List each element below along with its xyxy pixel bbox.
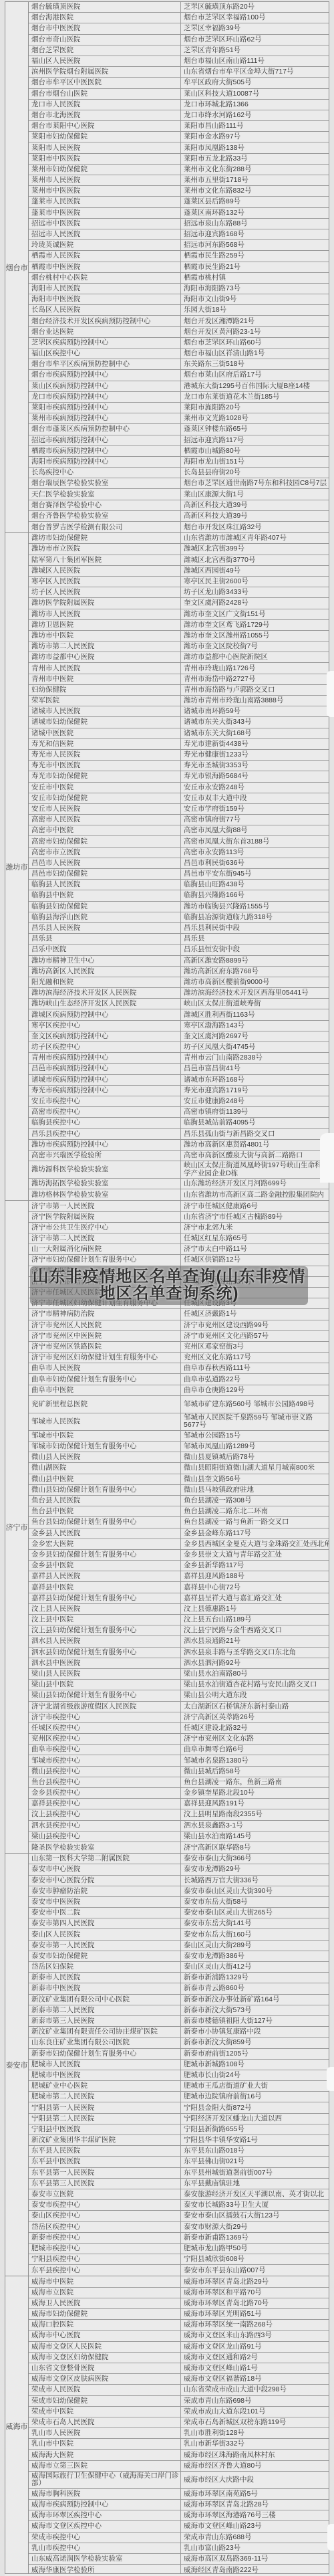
table-row: 微山县疾控中心微山县城后路58号 xyxy=(29,1767,329,1777)
address-cell: 坊子区凤凰大街4745号 xyxy=(181,1042,329,1052)
table-row: 昌乐县疾控中心昌乐县孤山街与新昌路交叉口 xyxy=(29,1129,329,1140)
table-row: 荣军医院潍坊市青州市玲珑山南路3888号 xyxy=(29,696,329,706)
table-row: 任城区疾控中心任城区建设北路32号 xyxy=(29,1723,329,1734)
hospital-name-cell: 曲阜市妇幼保健计划生育服务中心 xyxy=(29,1374,181,1384)
hospital-name-cell: 兖矿新里程总医院 xyxy=(29,1396,181,1413)
address-cell: 寒亭区民主街2600号 xyxy=(181,577,329,587)
table-row: 邹城市人民医院邹城市人民医院千泉路59号 邹城市崇义路5677号 xyxy=(29,1413,329,1431)
table-row: 肥城市中医医院肥城市长山街24号 xyxy=(29,2070,329,2081)
hospital-name-cell: 济宁市兖州区人民医院 xyxy=(29,1320,181,1330)
table-row: 荣成市妇幼保健院荣成市青山东路698号 xyxy=(29,2396,329,2407)
address-cell: 龙口市绛水河路162号 xyxy=(181,110,329,120)
address-cell: 曲阜市舞雩台路6号 xyxy=(181,1745,329,1755)
hospital-name-cell: 威海口腔医院 xyxy=(29,2320,181,2330)
table-row: 荣成市中医院荣成市成山大道东段101号 xyxy=(29,2407,329,2417)
hospital-name-cell: 东平县中医医院 xyxy=(29,2157,181,2167)
right-edge-artifact xyxy=(327,2067,334,2091)
hospital-name-cell: 昌乐县疾控中心 xyxy=(29,1129,181,1139)
address-cell: 兖州区文化东路117号 xyxy=(181,1353,329,1363)
hospital-name-cell: 肥城市疾控中心 xyxy=(29,2244,181,2254)
address-cell: 临朐县城站前路4095号 xyxy=(181,1118,329,1128)
address-cell: 曲阜市弘道路22号 xyxy=(181,1374,329,1384)
table-row: 潍坊市精神卫生中心高新区潍安路8899号 xyxy=(29,956,329,967)
watermark: 山东非疫情地区名单查询(山东非疫情 地区名单查询系统) xyxy=(30,1266,308,1305)
hospital-name-cell: 坊子区疾控中心 xyxy=(29,1042,181,1052)
table-row: 高密市兴瑞医学检验所高密市高新区醴泉大街与高新二路路口 xyxy=(29,1151,329,1161)
address-cell: 泰安市东平县东山路007号 xyxy=(181,2265,329,2276)
table-row: 临朐县人民医院临朐县山旺路438号 xyxy=(29,880,329,890)
address-cell: 金乡镇奎星路北段10号 xyxy=(181,1788,329,1798)
hospital-name-cell: 海阳市疾病预防控制中心 xyxy=(29,457,181,467)
hospital-name-cell: 山东第一医科大学第二附属医院 xyxy=(29,1854,181,1864)
address-cell: 东平县州城街道署前街007号 xyxy=(181,2168,329,2178)
table-row: 烟台齐鲁医学检验实验室高新区科技大道39号 xyxy=(29,511,329,522)
table-row: 烟台桃村中心医院栖霞市桃村镇 xyxy=(29,273,329,284)
hospital-name-cell: 寿光市疾病预防控制中心 xyxy=(29,1086,181,1096)
address-cell: 邹城市公园路15号 xyxy=(181,1431,329,1441)
address-cell: 梁山县水泊街道杏花村路与安民山路交叉口 xyxy=(181,1680,329,1690)
address-cell: 莱阳市凤凰路138号 xyxy=(181,142,329,153)
address-cell: 威海市环翠区青岛北路70号 xyxy=(181,2298,329,2308)
table-row: 莱阳市中医医院莱阳市五龙北路33号 xyxy=(29,154,329,165)
hospital-name-cell: 烟台瑞辰医学检验实验室 xyxy=(29,478,181,488)
table-row: 烟台市牟平区疾病预防控制中心东关路东三街518号 xyxy=(29,359,329,370)
address-cell: 乳山市新华街332号 xyxy=(181,2439,329,2449)
hospital-name-cell: 邹城市中医院 xyxy=(29,1431,181,1441)
address-cell: 潍坊市奎文区潍州路1055号 xyxy=(181,631,329,641)
hospital-name-cell: 嘉祥县妇幼保健计划生育服务中心 xyxy=(29,1593,181,1603)
hospital-name-cell: 泗水县妇幼保健计划生育服务中心 xyxy=(29,1648,181,1658)
hospital-name-cell: 兖州区疾控中心 xyxy=(29,1734,181,1744)
hospital-name-cell: 邹城市妇幼保健计划生育服务中心 xyxy=(29,1442,181,1452)
hospital-name-cell: 曲阜市人民医院 xyxy=(29,1363,181,1373)
table-row: 兖矿新里程总医院邹城市矿建东路560号 邹城市公园路498号 xyxy=(29,1396,329,1413)
address-cell: 泰山区灵山大街412号 xyxy=(181,1962,329,1972)
table-row: 鱼台县人民医院鱼台县湖凌一路308号 xyxy=(29,1496,329,1506)
table-row: 潍坊海拓医学检验实验室山东潍坊经济开发区月河路699号 xyxy=(29,1179,329,1189)
hospital-name-cell: 安丘市人民医院 xyxy=(29,804,181,814)
hospital-name-cell: 青州市疾病预防控制中心 xyxy=(29,1053,181,1063)
address-cell: 微山县马坡镇政府驻地 xyxy=(181,1485,329,1495)
table-row: 招远市中医医院招远市泉山东路88号 xyxy=(29,219,329,229)
hospital-name-cell: 潍坊市人民医院 xyxy=(29,609,181,619)
table-row: 寿光市中医医院寿光市圣城街3353号 xyxy=(29,761,329,771)
table-row: 寒亭区疾控中心寒亭区渤海路143号 xyxy=(29,1021,329,1031)
address-cell: 新泰市青云路860号 xyxy=(181,1983,329,1993)
hospital-name-cell: 烟台市牟平区中医医院 xyxy=(29,78,181,88)
address-cell: 威海市环翠区统一南路268号 xyxy=(181,2320,329,2330)
table-row: 高密市市立医院高密市永安路113号 xyxy=(29,848,329,858)
hospital-name-cell: 泗水县疾控中心 xyxy=(29,1821,181,1831)
table-row: 济宁市疾控中心济宁高新区英萃路26号 xyxy=(29,1712,329,1723)
table-row: 山东良庄矿业集团有限公司医院新泰市新汶大街859号 xyxy=(29,2038,329,2048)
address-cell: 肥城市新城路108号 xyxy=(181,2060,329,2070)
table-row: 济宁市公共卫生医疗中心济宁市北郊九米 xyxy=(29,1223,329,1233)
hospital-name-cell: 肥城市中医医院 xyxy=(29,2070,181,2080)
address-cell: 鱼台县湖凌二路东北二环南 xyxy=(181,1506,329,1516)
hospital-name-cell: 东平县第一人民医院 xyxy=(29,2168,181,2178)
address-cell: 泗水县泉丰路与圣华路交叉口东北角 xyxy=(181,1648,329,1658)
address-cell: 高密市镇府街1139号 xyxy=(181,1107,329,1117)
address-cell: 肥城市王瓜店街道矿业大街 xyxy=(181,2081,329,2091)
hospital-name-cell: 潍城区人民医院 xyxy=(29,566,181,576)
address-cell: 蓬莱区钟楼东路65号 xyxy=(181,424,329,434)
address-cell: 邹城市名泉路1380号 xyxy=(181,1755,329,1765)
hospital-name-cell: 山东省文登整骨医院 xyxy=(29,2363,181,2373)
hospital-name-cell: 昌乐中医院 xyxy=(29,945,181,955)
hospital-name-cell: 烟台市蓬莱区疾病预防控制中心 xyxy=(29,424,181,434)
address-cell: 烟台市芝罘区通世南路7号东和科技园C8号7层 xyxy=(181,478,329,488)
address-cell: 寒亭区渤海路143号 xyxy=(181,1021,329,1031)
table-row: 威海市立医院威海市环翠区和平路70号 xyxy=(29,2288,329,2298)
address-cell: 莱阳市旌阳路20号 xyxy=(181,403,329,413)
table-row: 乳山市疾控中心乳山市富山路23号 xyxy=(29,2543,329,2554)
hospital-name-cell: 岱岳区疾控中心 xyxy=(29,2222,181,2232)
hospital-name-cell: 宁阳县中医医院 xyxy=(29,2124,181,2135)
hospital-name-cell: 汶上县中医院 xyxy=(29,1615,181,1625)
table-row: 烟台市烟台山医院莱山区科技大道10087号 xyxy=(29,89,329,100)
hospital-name-cell: 莱州市疾病预防控制中心 xyxy=(29,413,181,423)
table-row: 宁阳县第一人民医院宁阳县金阳大街872号 xyxy=(29,2102,329,2113)
watermark-line1: 山东非疫情地区名单查询(山东非疫情 xyxy=(30,1268,308,1285)
table-row: 蓬莱市人民医院蓬莱区县后路89号 xyxy=(29,197,329,207)
table-row: 威海市立第三医院威海市经区齐鲁大道80号 xyxy=(29,2461,329,2472)
hospital-name-cell: 金乡县疾控中心 xyxy=(29,1788,181,1798)
address-cell: 高密市高新区醴泉大街与高新二路路口 xyxy=(181,1151,329,1161)
hospital-name-cell: 寿光市中医医院 xyxy=(29,761,181,771)
address-cell: 龙口市环城北路1366 xyxy=(181,100,329,110)
table-row: 奎文区疾病预防控制中心奎文区虞河路2697号 xyxy=(29,1031,329,1042)
address-cell: 栖霞市民生路259号 xyxy=(181,251,329,261)
address-cell: 肥城市边院镇府前街16号 xyxy=(181,2092,329,2102)
address-cell: 威海市环翠区和平路70号 xyxy=(181,2288,329,2298)
hospital-name-cell: 高密市妇幼保健院 xyxy=(29,836,181,846)
address-cell: 泰安市长城路33号卫生大厦 xyxy=(181,2200,329,2210)
address-cell: 高密市凤凰大街东首3188号 xyxy=(181,836,329,846)
table-row: 威海市中医院威海市环翠区青岛北路29号 xyxy=(29,2276,329,2287)
table-row: 长岛疾控中心长岛县县府街20号 xyxy=(29,468,329,478)
hospital-name-cell: 东平县疾控中心 xyxy=(29,2265,181,2276)
address-cell: 泗水县泉鑫路3-1号 xyxy=(181,1821,329,1831)
table-row: 威海市文登区疾控中心威海市文登区峰山路23号 xyxy=(29,2521,329,2532)
table-row: 曲阜市疾控中心曲阜市舞雩台路6号 xyxy=(29,1745,329,1755)
table-row: 临朐县妇幼保健院潍坊市临朐县兴隆路1555号 xyxy=(29,902,329,912)
hospital-name-cell: 泰安市中医二院 xyxy=(29,1908,181,1918)
hospital-name-cell: 高密市市立医院 xyxy=(29,848,181,858)
table-row: 泰安市第四人民医院泰安市东岳大街141号 xyxy=(29,1918,329,1929)
address-cell: 诸城市东环路168号 xyxy=(181,1075,329,1085)
table-row: 莱州市妇幼保健院莱州市文化东街288号 xyxy=(29,165,329,175)
address-cell: 莱山区康源大街1号 xyxy=(181,489,329,499)
address-cell: 长岛县县府街20号 xyxy=(181,468,329,478)
hospital-name-cell: 陆军第八十集团军医院 xyxy=(29,555,181,565)
address-cell: 安丘市永安路248号 xyxy=(181,783,329,793)
hospital-name-cell: 宁阳县第二人民医院 xyxy=(29,2114,181,2124)
address-cell: 乳山市富山路23号 xyxy=(181,2543,329,2553)
table-row: 威海市文登区皮肤病医院威海市文登区福谐路18号 xyxy=(29,2374,329,2385)
hospital-name-cell: 金乡县人民医院 xyxy=(29,1528,181,1539)
address-cell: 坊子区龙山路3433号 xyxy=(181,587,329,597)
table-row: 东平县第三人民医院东平县戴庙镇驻地 xyxy=(29,2179,329,2189)
table-row: 昌乐中医院昌乐县恒安街中段 xyxy=(29,945,329,955)
hospital-name-cell: 威海市文登区皮肤病医院 xyxy=(29,2374,181,2384)
hospital-name-cell: 高密市中医院 xyxy=(29,825,181,835)
address-cell: 寿光市银海路5684号 xyxy=(181,771,329,781)
table-row: 潍坊源科医学检验实验室峡山区太保庄街道凤凰岭街197号峡山生命科学产业园企业D栋 xyxy=(29,1161,329,1179)
hospital-name-cell: 潍坊高新区人民医院 xyxy=(29,967,181,977)
address-cell: 烟台开发区湘潭路21号 xyxy=(181,316,329,326)
hospital-name-cell: 宁阳县疾控中心 xyxy=(29,2254,181,2264)
table-row: 梁山县疾控中心梁山县水泊南路145号 xyxy=(29,1831,329,1842)
hospital-name-cell: 泰山区疾控中心 xyxy=(29,2211,181,2221)
table-row: 宁阳县中医医院宁阳县新街路655号 xyxy=(29,2124,329,2135)
address-cell: 招远市迎宾路117号 xyxy=(181,435,329,445)
table-row: 招远市人民医院招远市迎宾路168号 xyxy=(29,229,329,240)
address-cell: 高新区潍安路8899号 xyxy=(181,956,329,966)
hospital-name-cell: 鱼台县中医院 xyxy=(29,1506,181,1516)
hospital-name-cell: 龙口市疾病预防控制中心 xyxy=(29,392,181,402)
table-row: 莱州市人民医院莱州市五里街1718号 xyxy=(29,175,329,186)
address-cell: 威海市经区大庆路中段 xyxy=(181,2472,329,2488)
table-row: 莱州市中医医院莱州市文化东路832号 xyxy=(29,186,329,197)
table-row: 潍坊卫恩医院潍坊市奎文区鸢飞路1729号 xyxy=(29,620,329,631)
city-section: 烟台市烟台毓璜顶医院芝罘区毓璜顶东路20号烟台海港医院烟台市芝罘区幸福路100号… xyxy=(5,2,329,533)
address-cell: 烟台开发区黄河路23-1号 xyxy=(181,327,329,337)
city-label: 烟台市 xyxy=(5,2,29,532)
address-cell: 微山县夏镇城后路78号 xyxy=(181,1452,329,1462)
address-cell: 济宁高新区联华路8号 xyxy=(181,1842,329,1853)
hospital-name-cell: 昌邑市妇幼保健院 xyxy=(29,869,181,879)
hospital-name-cell: 昌邑市人民医院 xyxy=(29,858,181,868)
hospital-name-cell: 新泰市第三人民医院 xyxy=(29,2016,181,2026)
table-row: 诸城市妇幼保健院诸城市东关大街343号 xyxy=(29,717,329,728)
table-row: 荣成市疾控中心荣成市青山东路688号 xyxy=(29,2533,329,2543)
table-row: 烟台毓璜顶医院芝罘区毓璜顶东路20号 xyxy=(29,2,329,13)
table-row: 乳山市人民医院乳山市胜利街128号 xyxy=(29,2428,329,2439)
table-row: 鱼台县疾控中心鱼台县湖凌一路东，鱼新三路南 xyxy=(29,1777,329,1788)
table-row: 潍城区疾病预防控制中心潍城区胜利西街1163号 xyxy=(29,1009,329,1020)
hospital-name-cell: 威海市环翠区疾控中心 xyxy=(29,2510,181,2520)
address-cell: 昌邑市富昌街41号 xyxy=(181,1064,329,1074)
table-row: 泗水县疾控中心泗水县泉鑫路3-1号 xyxy=(29,1821,329,1831)
address-cell: 诸城市南环路59号 xyxy=(181,706,329,716)
hospital-name-cell: 泗水县人民医院 xyxy=(29,1636,181,1646)
hospital-name-cell: 邹城市疾控中心 xyxy=(29,1755,181,1765)
table-row: 莱阳市疾病预防控制中心莱阳市旌阳路20号 xyxy=(29,403,329,413)
hospital-name-cell: 芝罘区疾病预防控制中心 xyxy=(29,338,181,348)
hospital-name-cell: 海阳市人民医院 xyxy=(29,284,181,294)
address-cell: 微山县昭阳街道微山湖大道星月城南800米 xyxy=(181,1463,329,1473)
address-cell: 高新区科技大道39号 xyxy=(181,511,329,521)
table-row: 昌乐县人民医院昌乐县利民街中段 xyxy=(29,923,329,934)
table-row: 嘉祥县疾控中心嘉祥县迎风路191号 xyxy=(29,1799,329,1809)
address-cell: 昌乐县利民街中段 xyxy=(181,923,329,933)
table-row: 新汶矿业集团有限公司中心医院新泰市新汶办事处新矿路164号 xyxy=(29,1995,329,2005)
table-row: 金乡县妇幼保健计划生育服务中心金乡县崇文大道与青年路交汇处 xyxy=(29,1550,329,1561)
hospital-name-cell: 蓬莱市人民医院 xyxy=(29,197,181,207)
address-cell: 烟台市芝罘区幸福路100号 xyxy=(181,13,329,23)
hospital-name-cell: 临朐县疾控中心 xyxy=(29,1118,181,1128)
table-row: 安丘市妇幼保健院安丘市双丰大道中段 xyxy=(29,793,329,804)
address-cell: 山东省荣成市成山大道中段298号 xyxy=(181,2385,329,2395)
table-row: 威海市妇幼保健院威海市环翠区光明路51号 xyxy=(29,2309,329,2320)
hospital-name-cell: 威海市立第三医院 xyxy=(29,2461,181,2471)
table-row: 荣成市人民医院山东省荣成市成山大道中段298号 xyxy=(29,2385,329,2395)
address-cell: 邹城市矿建东路560号 邹城市公园路498号 xyxy=(181,1396,329,1413)
address-cell: 金乡县金峰东路117号 xyxy=(181,1528,329,1539)
table-row: 嘉祥县中医院嘉祥县中心街72号 xyxy=(29,1582,329,1593)
hospital-name-cell: 泰安市中心医院分院 xyxy=(29,1876,181,1886)
hospital-name-cell: 汶上县人民医院 xyxy=(29,1604,181,1614)
table-row: 东平县第一人民医院东平县州城街道署前街007号 xyxy=(29,2168,329,2179)
address-cell: 高密市凤凰大街88号 xyxy=(181,825,329,835)
address-cell: 高密市永安路113号 xyxy=(181,848,329,858)
hospital-name-cell: 威海市妇幼保健院 xyxy=(29,2309,181,2319)
address-cell: 济宁市任城区健康路6号 xyxy=(181,1201,329,1211)
address-cell: 栖霞市民生路21号 xyxy=(181,262,329,272)
hospital-name-cell: 高密市兴瑞医学检验所 xyxy=(29,1151,181,1161)
hospital-name-cell: 安丘市中医院 xyxy=(29,783,181,793)
table-row: 烟台海港医院烟台市芝罘区幸福路100号 xyxy=(29,13,329,23)
hospital-name-cell: 肥城市人民医院 xyxy=(29,2060,181,2070)
table-row: 海阳市疾病预防控制中心海阳市龙山街151号 xyxy=(29,457,329,468)
table-row: 莱州市疾病预防控制中心莱州市文光路1028号 xyxy=(29,413,329,424)
hospital-name-cell: 莱阳市中医医院 xyxy=(29,154,181,164)
hospital-name-cell: 微山县妇幼保健计划生育服务中心 xyxy=(29,1485,181,1495)
table-row: 泰安市中心医院分院长城路西万官大街336号 xyxy=(29,1876,329,1886)
address-cell: 威海市文登区福谐路18号 xyxy=(181,2374,329,2384)
address-cell: 莱阳市金水路97号 xyxy=(181,132,329,142)
hospital-name-cell: 济宁市第二人民医院 xyxy=(29,1233,181,1244)
table-row: 新泰市第二人民医院新泰市新汶大街573号 xyxy=(29,2005,329,2016)
hospital-name-cell: 玲珑英诚医院 xyxy=(29,240,181,250)
hospital-name-cell: 栖霞市中医医院 xyxy=(29,262,181,272)
table-row: 肥城市疾控中心肥城市龙山路甲50号 xyxy=(29,2244,329,2254)
hospital-name-cell: 威海市胸科医院 xyxy=(29,2489,181,2499)
address-cell: 济宁市太白中路11号 xyxy=(181,1244,329,1254)
address-cell: 任城区供销路12号 xyxy=(181,1255,329,1265)
hospital-name-cell: 威海市文登区人民医院 xyxy=(29,2342,181,2352)
table-row: 宁阳县疾控中心宁阳县城欣街608号 xyxy=(29,2254,329,2265)
address-cell: 莱阳市昌山路111号 xyxy=(181,121,329,131)
table-row: 汶上县中医院汶上县五台山路189号 xyxy=(29,1615,329,1625)
table-row: 隆圣医学检验实验室济宁高新区联华路8号 xyxy=(29,1842,329,1853)
hospital-name-cell: 微山县中医院 xyxy=(29,1474,181,1484)
hospital-name-cell: 莱阳市妇幼保健院 xyxy=(29,132,181,142)
hospital-name-cell: 招远市人民医院 xyxy=(29,229,181,239)
address-cell: 昌乐县 xyxy=(181,934,329,944)
address-cell: 昌邑市平安东街945号 xyxy=(181,869,329,879)
address-cell: 海阳市海阳路73号 xyxy=(181,284,329,294)
address-cell: 泰安旅游经济开发区天平湖以南、英才街以北 xyxy=(181,2189,329,2199)
address-cell: 泰安市泰山区灵山大街265号 xyxy=(181,1908,329,1918)
table-row: 烟台普罗吉医学检测有限公司烟台市开发区珠江路32号 xyxy=(29,522,329,532)
address-cell: 宁阳县新街路655号 xyxy=(181,2124,329,2135)
table-row: 新泰市中医医院新泰市青云路860号 xyxy=(29,1983,329,1994)
cutoff-row xyxy=(5,2573,329,2576)
address-cell: 潍坊高新区府东路768号 xyxy=(181,967,329,977)
address-cell: 峡山区太保庄街道峡寿街 xyxy=(181,999,329,1009)
address-cell: 潍坊市益都中心医院新院区 xyxy=(181,652,329,662)
address-cell: 邹城市凤凰山路1289号 xyxy=(181,1442,329,1452)
table-row: 微山湖医院微山县昭阳街道微山湖大道星月城南800米 xyxy=(29,1463,329,1474)
table-row: 济宁市第一人民医院济宁市任城区健康路6号 xyxy=(29,1201,329,1211)
hospital-name-cell: 威海市文登区妇幼保健院 xyxy=(29,2353,181,2363)
section-rows: 潍坊市妇幼保健院山东省潍坊市潍城区青年路407号潍坊市市立医院潍城区北宫街399… xyxy=(29,533,329,1200)
hospital-name-cell: 福山区疾控中心 xyxy=(29,349,181,359)
table-row: 高密市疾控中心高密市镇府街1139号 xyxy=(29,1107,329,1118)
table-row: 新汶矿业集团华丰煤矿医院宁阳县华丰镇华安路1号 xyxy=(29,2135,329,2146)
table-row: 安丘市人民医院安丘市学府街159号 xyxy=(29,804,329,815)
hospital-name-cell: 烟台市北海医院 xyxy=(29,110,181,120)
hospital-name-cell: 烟台海港医院 xyxy=(29,13,181,23)
hospital-name-cell: 临朐县妇幼保健院 xyxy=(29,902,181,912)
address-cell: 泰安市龙潭路386号 xyxy=(181,1951,329,1961)
table-row: 潍坊高新区人民医院潍坊高新区府东路768号 xyxy=(29,967,329,977)
hospital-name-cell: 泰安市肿瘤防治院 xyxy=(29,1886,181,1896)
table-row: 曲阜市中医院曲阜市仓庚路129号 xyxy=(29,1385,329,1396)
table-row: 潍坊市市立医院潍城区北宫街399号 xyxy=(29,544,329,555)
address-cell: 济宁市兖州区文化西路57号 xyxy=(181,1331,329,1341)
hospital-name-cell: 烟台市中医医院 xyxy=(29,23,181,33)
address-cell: 潍城区北宫西街3770号 xyxy=(181,555,329,565)
address-cell: 潍坊市奎文区鸢飞路1729号 xyxy=(181,620,329,630)
hospital-name-cell: 诸城市人民医院 xyxy=(29,706,181,716)
table-row: 莱山区疾病预防控制中心港城东大街1295号百伟国际大厦B座14楼 xyxy=(29,381,329,392)
table-row: 栖霞市人民医院栖霞市民生路259号 xyxy=(29,251,329,262)
hospital-name-cell: 金乡县妇幼保健计划生育服务中心 xyxy=(29,1550,181,1560)
table-row: 福山区人民医院烟台市福山区南山路111号 xyxy=(29,56,329,67)
hospital-name-cell: 泰安市中心医院 xyxy=(29,1864,181,1874)
address-cell: 威海市环翠区青岛北路28号 xyxy=(181,2500,329,2510)
table-row: 玲珑英诚医院招远市河东路568号 xyxy=(29,240,329,251)
hospital-name-cell: 烟台市疾病预防控制中心 xyxy=(29,370,181,380)
hospital-name-cell: 山东良庄矿业集团有限公司医院 xyxy=(29,2038,181,2048)
hospital-name-cell: 福山区人民医院 xyxy=(29,56,181,66)
address-cell: 兖州区邓家窑街3号 xyxy=(181,1342,329,1352)
address-cell: 港城东大街1295号百伟国际大厦B座14楼 xyxy=(181,381,329,391)
hospital-name-cell: 烟台赛泽医学检验中心 xyxy=(29,500,181,510)
table-row: 山东第一医科大学第二附属医院泰安市泰山大街366号 xyxy=(29,1854,329,1864)
hospital-name-cell: 新汶矿业集团华丰煤矿医院 xyxy=(29,2135,181,2145)
table-row: 潍坊市第二人民医院潍坊市奎文区院校街7号 xyxy=(29,641,329,652)
address-cell: 嘉祥县迎风路188号 xyxy=(181,1571,329,1581)
table-row: 梁山县人民医院梁山县水泊南路80号 xyxy=(29,1669,329,1680)
address-cell: 诸城市东关大街168号 xyxy=(181,728,329,738)
address-cell: 梁山县水泊南路145号 xyxy=(181,1831,329,1842)
address-cell: 梁山县水泊南路80号 xyxy=(181,1669,329,1679)
table-row: 高密市中医院高密市凤凰大街88号 xyxy=(29,825,329,836)
table-row: 烟台市疾病预防控制中心烟台市莱山区府后路17号 xyxy=(29,370,329,381)
hospital-name-cell: 微山县疾控中心 xyxy=(29,1767,181,1777)
address-cell: 太白湖新区石桥镇济东新村泰山路 xyxy=(181,1702,329,1712)
hospital-name-cell: 莱阳市疾病预防控制中心 xyxy=(29,403,181,413)
address-cell: 蓬莱区县后路89号 xyxy=(181,197,329,207)
table-row: 泰安市中医二院泰安市泰山区灵山大街265号 xyxy=(29,1908,329,1918)
hospital-name-cell: 汶上县妇幼保健计划生育服务中心 xyxy=(29,1625,181,1636)
table-row: 宁阳县第二人民医院宁阳经济开发区蟠龙山大道以西 xyxy=(29,2114,329,2124)
table-row: 新泰市疾控中心新泰市新甫路1369号 xyxy=(29,2233,329,2244)
address-cell: 威海市高区双岛路369-11号 xyxy=(181,2554,329,2564)
address-cell: 青州市海岱中路2727号 xyxy=(181,674,329,684)
address-cell: 莱州市文化东路832号 xyxy=(181,186,329,196)
address-cell: 邹城市人民医院千泉路59号 邹城市崇义路5677号 xyxy=(181,1413,329,1430)
table-row: 曲阜市妇幼保健计划生育服务中心曲阜市弘道路22号 xyxy=(29,1374,329,1385)
table-row: 嘉祥县妇幼保健计划生育服务中心嘉祥县呈祥大道与嘉汇路交汇处 xyxy=(29,1593,329,1604)
address-cell: 宁阳县金阳大街872号 xyxy=(181,2102,329,2112)
address-cell: 潍城区胜利西街1163号 xyxy=(181,1009,329,1019)
hospital-name-cell: 昌乐县人民医院 xyxy=(29,923,181,933)
